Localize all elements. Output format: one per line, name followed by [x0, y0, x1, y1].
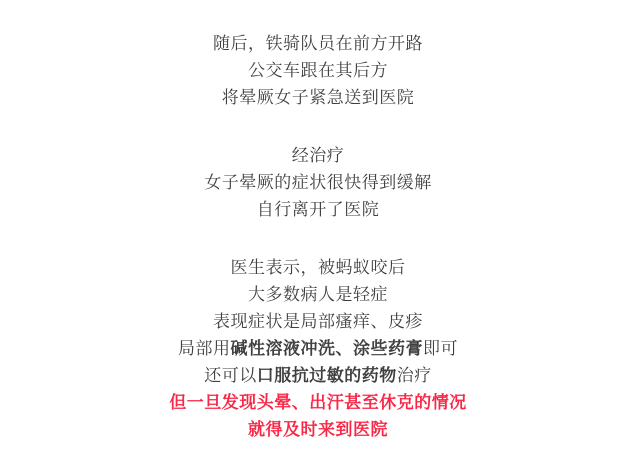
text-segment: 随后，铁骑队员在前方开路: [213, 34, 423, 53]
text-line: 将晕厥女子紧急送到医院: [0, 84, 636, 111]
text-line: 但一旦发现头晕、出汗甚至休克的情况: [0, 389, 636, 416]
text-line: 还可以口服抗过敏的药物治疗: [0, 362, 636, 389]
text-line: 大多数病人是轻症: [0, 281, 636, 308]
article-body: 随后，铁骑队员在前方开路公交车跟在其后方将晕厥女子紧急送到医院经治疗女子晕厥的症…: [0, 0, 636, 443]
highlighted-text-segment: 但一旦发现头晕、出汗甚至休克的情况: [169, 393, 467, 412]
text-line: 表现症状是局部瘙痒、皮疹: [0, 308, 636, 335]
text-segment: 碱性溶液冲洗、涂些药膏: [231, 339, 424, 358]
text-segment: 还可以: [204, 366, 257, 385]
text-segment: 医生表示，被蚂蚁咬后: [231, 258, 406, 277]
text-segment: 大多数病人是轻症: [248, 285, 388, 304]
text-line: 公交车跟在其后方: [0, 57, 636, 84]
text-line: 局部用碱性溶液冲洗、涂些药膏即可: [0, 335, 636, 362]
text-line: 就得及时来到医院: [0, 416, 636, 443]
text-line: 经治疗: [0, 142, 636, 169]
text-segment: 将晕厥女子紧急送到医院: [222, 88, 415, 107]
text-segment: 表现症状是局部瘙痒、皮疹: [213, 312, 423, 331]
text-segment: 局部用: [178, 339, 231, 358]
text-segment: 即可: [423, 339, 458, 358]
treatment-paragraph: 经治疗女子晕厥的症状很快得到缓解自行离开了医院: [0, 142, 636, 223]
highlighted-text-segment: 就得及时来到医院: [248, 420, 388, 439]
text-segment: 公交车跟在其后方: [248, 61, 388, 80]
text-line: 自行离开了医院: [0, 196, 636, 223]
doctor-advice-paragraph: 医生表示，被蚂蚁咬后大多数病人是轻症表现症状是局部瘙痒、皮疹局部用碱性溶液冲洗、…: [0, 254, 636, 443]
text-line: 女子晕厥的症状很快得到缓解: [0, 169, 636, 196]
text-segment: 自行离开了医院: [257, 200, 380, 219]
text-segment: 经治疗: [292, 146, 345, 165]
text-segment: 治疗: [397, 366, 432, 385]
text-segment: 口服抗过敏的药物: [257, 366, 397, 385]
text-line: 医生表示，被蚂蚁咬后: [0, 254, 636, 281]
text-line: 随后，铁骑队员在前方开路: [0, 30, 636, 57]
text-segment: 女子晕厥的症状很快得到缓解: [204, 173, 432, 192]
rescue-paragraph: 随后，铁骑队员在前方开路公交车跟在其后方将晕厥女子紧急送到医院: [0, 30, 636, 111]
